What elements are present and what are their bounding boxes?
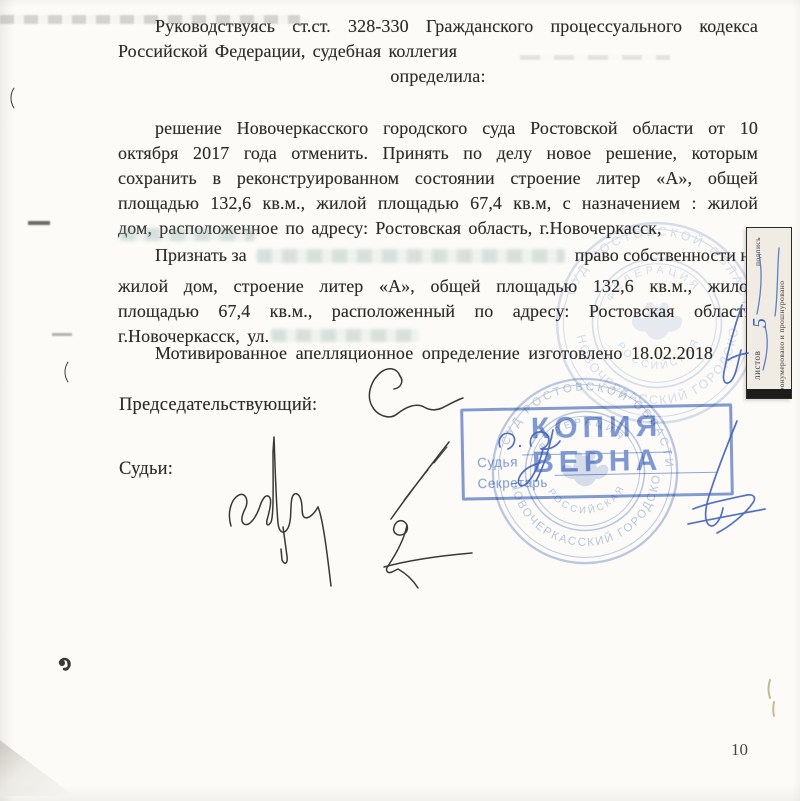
judges-label: Судьи:	[119, 459, 173, 480]
redacted-street-line	[120, 228, 255, 241]
copy-stamp-title: КОПИЯ ВЕРНА	[463, 408, 730, 481]
recognize-line: Признать за право собственности на	[118, 243, 758, 268]
intro-paragraph: Руководствуясь ст.ст. 328-330 Гражданско…	[118, 14, 758, 64]
copy-stamp-secretary-label: Секретарь	[477, 475, 548, 491]
chairman-label: Председательствующий:	[119, 395, 317, 416]
page-corner-curl	[0, 728, 74, 796]
tan-marks	[769, 680, 775, 716]
stray-paren-top	[11, 88, 14, 108]
copy-correct-stamp: КОПИЯ ВЕРНА Судья Секретарь	[460, 403, 734, 500]
judge-signature-2	[384, 442, 472, 588]
binding-blue-marks	[747, 228, 792, 399]
stray-paren-mid	[65, 362, 68, 382]
ink-blot	[59, 659, 70, 669]
judge-signature-1	[229, 437, 331, 586]
scanned-court-document-page: Руководствуясь ст.ст. 328-330 Гражданско…	[0, 0, 800, 801]
chairman-signature	[369, 369, 463, 417]
decision-paragraph: решение Новочеркасского городского суда …	[118, 116, 758, 241]
binding-sticker: пронумеровано и прошнуровано листов 5 по…	[746, 227, 792, 399]
smudge-left-dash2	[52, 333, 72, 336]
redacted-name	[257, 249, 565, 263]
motivated-line: Мотивированное апелляционное определение…	[118, 341, 758, 366]
copy-stamp-judge-label: Судья	[477, 455, 518, 471]
page-number: 10	[731, 740, 748, 760]
recognize-suffix: право собственности на	[575, 243, 758, 268]
recognize-paragraph: жилой дом, строение литер «А», общей пло…	[118, 274, 758, 349]
ruling-word: определила:	[118, 66, 758, 87]
recognize-prefix: Признать за	[155, 243, 247, 268]
recognize-rest-text: жилой дом, строение литер «А», общей пло…	[118, 276, 758, 346]
smudge-left-dash	[28, 221, 50, 225]
